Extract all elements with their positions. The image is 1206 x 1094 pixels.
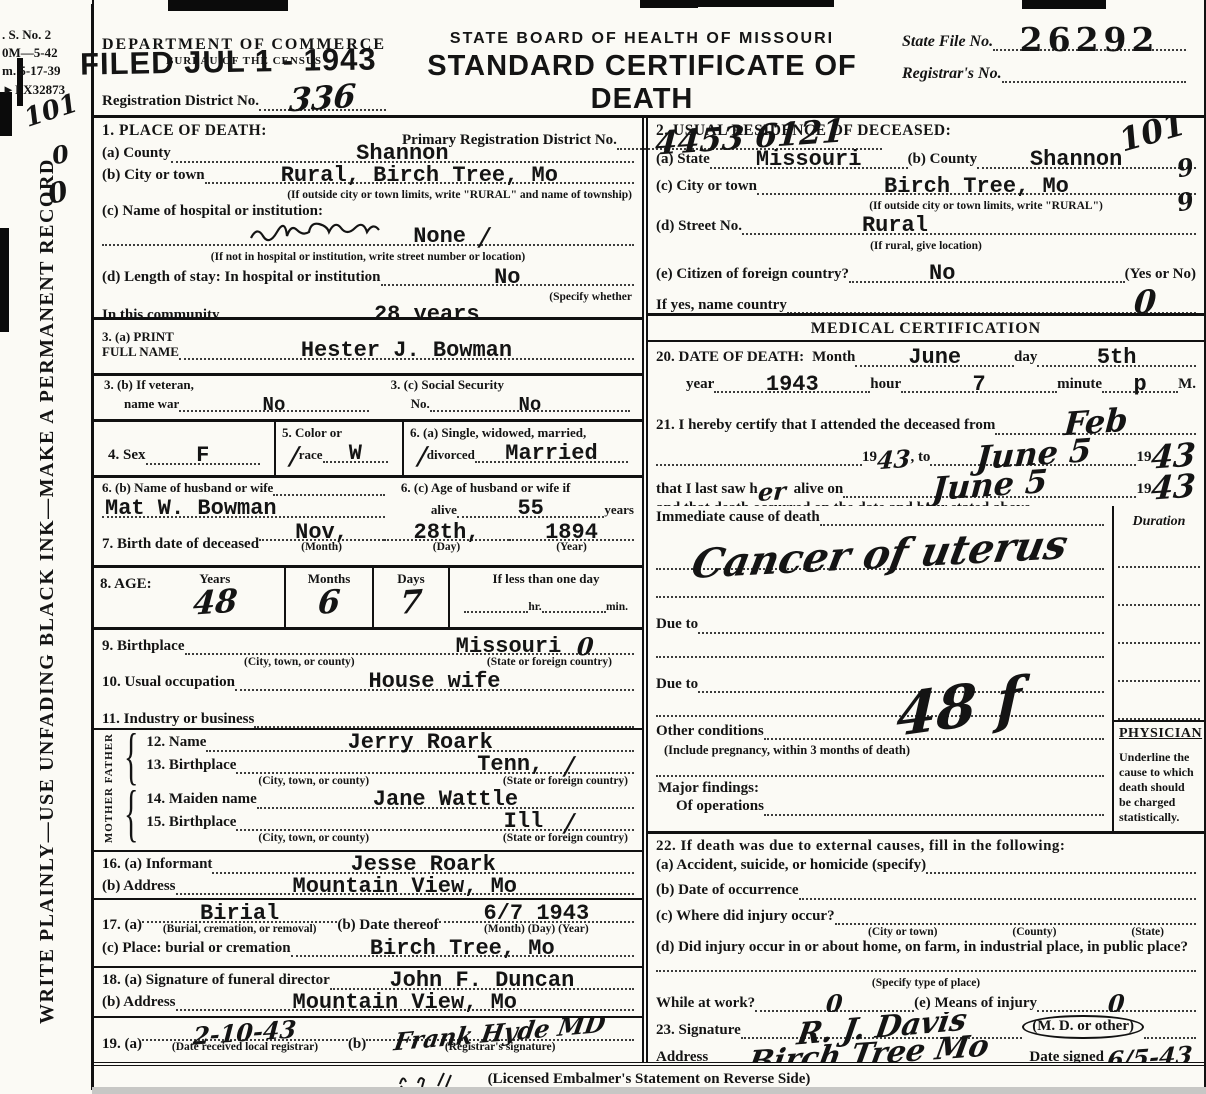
while-at-work-handwriting: 0 <box>826 993 844 1012</box>
form-header: DEPARTMENT OF COMMERCE BUREAU OF THE CEN… <box>94 0 1204 118</box>
full-name-value: Hester J. Bowman <box>301 342 512 361</box>
street-no-label: (d) Street No. <box>656 218 742 235</box>
father-birthplace-label: 13. Birthplace <box>146 757 236 774</box>
section-sex-color-marital: 4. Sex F 5. Color or / race W 6. (a) Sin… <box>94 422 642 478</box>
cause-of-death-handwriting: Cancer of uterus <box>690 529 1071 581</box>
section-funeral-director: 18. (a) Signature of funeral director Jo… <box>94 968 642 1018</box>
alive-on-label: alive on <box>794 481 844 498</box>
mother-bp-note-city: (City, town, or county) <box>258 832 369 844</box>
residence-margin-mark: 9 <box>1176 191 1196 213</box>
mother-birthplace-label: 15. Birthplace <box>146 814 236 831</box>
form-number-line: 0M—5-42 <box>2 44 86 62</box>
day-label: day <box>1014 349 1037 366</box>
marital-value: Married <box>505 445 597 464</box>
burial-place-value: Birch Tree, Mo <box>370 940 555 959</box>
mother-group: MOTHER { 14. Maiden name Jane Wattle 15.… <box>94 787 642 844</box>
registrar-b-label: (b) <box>348 1036 366 1053</box>
year-prefix: 19 <box>1136 449 1151 466</box>
divorced-label: divorced <box>427 448 475 463</box>
father-name-value: Jerry Roark <box>348 734 493 753</box>
header-center: STATE BOARD OF HEALTH OF MISSOURI STANDA… <box>394 0 890 115</box>
ssn-value: No <box>519 397 542 413</box>
color-slash-mark: / <box>289 446 299 466</box>
duration-line <box>1118 530 1200 568</box>
ssn-no-label: No. <box>411 397 430 412</box>
section-registrar-receipt: 19. (a) 2-10-43 (Date received local reg… <box>94 1018 642 1062</box>
section-disposition: 17. (a) Birial (Burial, cremation, or re… <box>94 900 642 968</box>
occupation-value: House wife <box>368 673 500 692</box>
injury-state-note: (State) <box>1131 926 1164 938</box>
father-name-label: 12. Name <box>146 734 206 751</box>
duration-line <box>1118 568 1200 606</box>
other-conditions-note: (Include pregnancy, within 3 months of d… <box>664 743 910 757</box>
duration-heading: Duration <box>1114 506 1204 530</box>
city-note: (If outside city or town limits, write "… <box>287 189 632 201</box>
race-label: race <box>299 448 323 463</box>
death-certificate-document: . S. No. 2 0M—5-42 m. 5-17-39 ►I X32873 … <box>0 0 1206 1094</box>
form-number-line: m. 5-17-39 <box>2 62 86 80</box>
year3-handwriting: 43 <box>1151 474 1197 503</box>
left-column: 1. PLACE OF DEATH: (a) County Shannon (b… <box>94 118 644 1062</box>
marital-slash-mark: / <box>417 446 427 466</box>
full-name-label: FULL NAME <box>102 345 179 360</box>
section-place-of-death: 1. PLACE OF DEATH: (a) County Shannon (b… <box>94 118 642 320</box>
other-conditions-label: Other conditions <box>656 723 764 740</box>
section-residence: 101 9 9 2. USUAL RESIDENCE OF DECEASED: … <box>648 118 1204 316</box>
funeral-director-address-label: (b) Address <box>102 994 176 1011</box>
street-no-value: Rural <box>862 217 928 236</box>
birth-day-value: 28th, <box>414 524 480 543</box>
birthplace-handwritten-zero: 0 <box>577 636 595 656</box>
veteran-label: 3. (b) If veteran, <box>104 378 377 393</box>
burial-place-label: (c) Place: burial or cremation <box>102 940 291 957</box>
citizen-label: (e) Citizen of foreign country? <box>656 266 849 283</box>
informant-address-value: Mountain View, Mo <box>293 878 517 897</box>
hr-label: hr. <box>528 601 541 613</box>
sex-value: F <box>196 447 209 466</box>
citizen-note: (Yes or No) <box>1125 266 1196 283</box>
county-label: (a) County <box>102 145 171 162</box>
illegible-handwriting-scrawl <box>247 222 397 244</box>
left-margin: . S. No. 2 0M—5-42 m. 5-17-39 ►I X32873 … <box>0 0 86 1094</box>
father-side-label: FATHER <box>103 733 115 783</box>
informant-label: 16. (a) Informant <box>102 856 212 873</box>
scan-edge-strip <box>92 1087 1206 1094</box>
date-signed-label: Date signed <box>1029 1049 1104 1062</box>
injury-city-note: (City or town) <box>868 926 937 938</box>
age-label: 8. AGE: <box>100 576 152 623</box>
section-age: 8. AGE: Years 48 Months 6 Days 7 <box>94 568 642 630</box>
while-at-work-label: While at work? <box>656 995 755 1012</box>
informant-value: Jesse Roark <box>351 856 496 875</box>
physician-note-box: PHYSICIAN Underline the cause to which d… <box>1114 720 1204 831</box>
registration-district-label: Registration District No. <box>102 93 259 110</box>
page-title: STANDARD CERTIFICATE OF DEATH <box>394 50 890 116</box>
section-medical-heading: MEDICAL CERTIFICATION <box>648 316 1204 342</box>
external-causes-heading: 22. If death was due to external causes,… <box>656 838 1196 855</box>
residence-state-value: Missouri <box>756 151 862 170</box>
year-prefix: 19 <box>1136 481 1151 498</box>
section-certification: 21. I hereby certify that I attended the… <box>648 406 1204 506</box>
residence-state-label: (a) State <box>656 151 710 168</box>
stay-note: (Specify whether <box>549 291 632 303</box>
mother-name-label: 14. Maiden name <box>146 791 256 808</box>
section-spouse-birthdate: 6. (b) Name of husband or wife Mat W. Bo… <box>94 478 642 568</box>
duration-line <box>1118 606 1200 644</box>
last-saw-date-handwriting: June 5 <box>931 469 1048 503</box>
section-parents: FATHER { 12. Name Jerry Roark 13. Birthp… <box>94 730 642 852</box>
month-label: Month <box>812 349 855 366</box>
registration-district-value: 336 <box>288 84 356 114</box>
m-label: M. <box>1178 376 1196 393</box>
years-suffix-label: years <box>604 503 634 518</box>
mother-side-label: MOTHER <box>103 787 115 843</box>
city-value: Rural, Birch Tree, Mo <box>281 167 558 186</box>
residence-county-value: Shannon <box>1030 151 1122 170</box>
father-group: FATHER { 12. Name Jerry Roark 13. Birthp… <box>94 730 642 787</box>
city-label: (b) City or town <box>102 167 205 184</box>
stay-label: (d) Length of stay: In hospital or insti… <box>102 269 381 286</box>
name-war-label: name war <box>124 397 179 412</box>
funeral-director-address-value: Mountain View, Mo <box>293 994 517 1013</box>
right-column: 101 9 9 2. USUAL RESIDENCE OF DECEASED: … <box>646 118 1204 1062</box>
due-to-label: Due to <box>656 676 698 693</box>
street-note: (If rural, give location) <box>870 240 982 252</box>
residence-county-label: (b) County <box>908 151 978 168</box>
hospital-label: (c) Name of hospital or institution: <box>102 203 323 220</box>
minute-label: minute <box>1057 376 1102 393</box>
print-label: 3. (a) PRINT <box>102 330 174 345</box>
age-days-value: 7 <box>399 589 423 616</box>
duration-line <box>1118 682 1200 720</box>
marital-label: 6. (a) Single, widowed, married, <box>410 426 636 441</box>
mother-birthplace-slash: / <box>565 812 575 832</box>
signature-label: 23. Signature <box>656 1022 741 1039</box>
birth-date-label: 7. Birth date of deceased <box>102 536 259 553</box>
md-or-other-label: (M. D. or other) <box>1022 1015 1144 1039</box>
less-than-day-head: If less than one day <box>456 572 636 587</box>
place-of-death-heading: 1. PLACE OF DEATH: <box>102 122 634 140</box>
section-cause-of-death: Immediate cause of death Cancer of uteru… <box>648 506 1204 834</box>
board-title: STATE BOARD OF HEALTH OF MISSOURI <box>394 30 890 48</box>
date-signed-handwriting: 6/5-43 <box>1107 1045 1194 1062</box>
medical-certification-heading: MEDICAL CERTIFICATION <box>648 316 1204 338</box>
injury-place-label: (d) Did injury occur in or about home, o… <box>656 939 1188 955</box>
physician-note: Underline the cause to which death shoul… <box>1119 750 1199 825</box>
year-label: year <box>686 376 714 393</box>
mother-brace: { <box>124 784 138 847</box>
means-of-injury-handwriting: 0 <box>1108 993 1126 1012</box>
injury-where-label: (c) Where did injury occur? <box>656 908 835 925</box>
form-body: 1. PLACE OF DEATH: (a) County Shannon (b… <box>94 118 1204 1062</box>
father-birthplace-value: Tenn, <box>477 756 543 775</box>
hour-label: hour <box>870 376 901 393</box>
sex-label: 4. Sex <box>108 447 146 464</box>
physician-heading: PHYSICIAN <box>1119 726 1199 742</box>
section-full-name: 3. (a) PRINT FULL NAME Hester J. Bowman <box>94 320 642 376</box>
name-country-handwriting: 0 <box>1133 289 1157 316</box>
birth-year-value: 1894 <box>545 524 598 543</box>
funeral-director-value: John F. Duncan <box>389 972 574 991</box>
community-value: 28 years <box>374 306 480 320</box>
birthplace-label: 9. Birthplace <box>102 638 185 655</box>
year-prefix: 19 <box>862 449 877 466</box>
husband-value: Mat W. Bowman <box>105 500 277 519</box>
section-physician-signature: 23. Signature R. J. Davis (M. D. or othe… <box>648 1012 1204 1062</box>
accident-label: (a) Accident, suicide, or homicide (spec… <box>656 857 926 874</box>
hospital-slash-mark: / <box>479 227 489 247</box>
form-number-block: . S. No. 2 0M—5-42 m. 5-17-39 ►I X32873 <box>2 26 86 99</box>
husband-label: 6. (b) Name of husband or wife <box>102 481 273 496</box>
color-race-label: 5. Color or <box>282 426 396 441</box>
disposition-type-value: Birial <box>200 905 279 924</box>
major-findings-label: Major findings: <box>658 780 759 796</box>
signature-address-label: Address <box>656 1049 708 1062</box>
father-bp-note-city: (City, town, or county) <box>258 775 369 787</box>
min-label: min. <box>606 601 628 613</box>
age-months-value: 6 <box>317 589 341 616</box>
date-thereof-value: 6/7 1943 <box>484 905 590 924</box>
spouse-age-label: 6. (c) Age of husband or wife if <box>401 481 634 496</box>
name-country-label: If yes, name country <box>656 297 787 314</box>
date-received-value: 2-10-43 <box>193 1019 298 1046</box>
hospital-note: (If not in hospital or institution, writ… <box>211 251 525 263</box>
alive-label: alive <box>431 503 457 518</box>
birthplace-note-city: (City, town, or county) <box>244 656 355 668</box>
death-day-value: 5th <box>1097 349 1137 368</box>
residence-city-label: (c) City or town <box>656 178 757 195</box>
mother-birthplace-value: Ill <box>504 813 544 832</box>
residence-city-value: Birch Tree, Mo <box>884 178 1069 197</box>
duration-column: Duration PHYSICIAN Underline the cause t… <box>1112 506 1204 831</box>
header-left: DEPARTMENT OF COMMERCE BUREAU OF THE CEN… <box>94 0 394 115</box>
death-month-value: June <box>908 349 961 368</box>
to-label: , to <box>910 449 930 466</box>
embalmer-statement-note: (Licensed Embalmer's Statement on Revers… <box>488 1071 811 1087</box>
death-ampm-value: p <box>1133 376 1146 395</box>
certify-line1: 21. I hereby certify that I attended the… <box>656 417 995 434</box>
place-type-note: (Specify type of place) <box>872 977 980 989</box>
registrar-signature: Frank Hyde MD <box>393 1018 607 1052</box>
cause-fields: Immediate cause of death Cancer of uteru… <box>648 506 1112 831</box>
county-value: Shannon <box>356 145 448 164</box>
race-value: W <box>349 445 362 464</box>
funeral-director-label: 18. (a) Signature of funeral director <box>102 972 330 989</box>
mother-name-value: Jane Wattle <box>373 791 518 810</box>
duration-line <box>1118 644 1200 682</box>
community-label: In this community <box>102 307 220 320</box>
state-file-number: 26292 <box>1020 27 1160 53</box>
ssn-label: 3. (c) Social Security <box>391 378 638 393</box>
industry-label: 11. Industry or business <box>102 711 254 728</box>
last-saw-prefix: that I last saw h <box>656 481 758 498</box>
veteran-value: No <box>263 397 286 413</box>
of-operations-label: Of operations <box>676 798 764 815</box>
filed-date-stamp: FILED JUL 1 - 1943 <box>80 41 377 82</box>
section-informant: 16. (a) Informant Jesse Roark (b) Addres… <box>94 852 642 900</box>
death-year-value: 1943 <box>766 376 819 395</box>
birth-month-value: Nov, <box>295 524 348 543</box>
margin-vertical-instruction: WRITE PLAINLY—USE UNFADING BLACK INK—MAK… <box>36 336 59 1024</box>
occupation-label: 10. Usual occupation <box>102 674 235 691</box>
certificate-form: DEPARTMENT OF COMMERCE BUREAU OF THE CEN… <box>92 0 1206 1094</box>
death-hour-value: 7 <box>973 376 986 395</box>
registrar-a-label: 19. (a) <box>102 1036 142 1053</box>
date-of-death-label: 20. DATE OF DEATH: <box>656 349 804 366</box>
hospital-value: None <box>413 228 466 247</box>
section-veteran-ssn: 3. (b) If veteran, name war No 3. (c) So… <box>94 376 642 422</box>
header-right: State File No. 26292 Registrar's No. <box>890 0 1204 115</box>
spouse-age-value: 55 <box>517 500 543 519</box>
age-years-value: 48 <box>192 588 238 617</box>
date-thereof-label: (b) Date thereof <box>337 917 438 934</box>
section-external-causes: 22. If death was due to external causes,… <box>648 834 1204 1012</box>
due-to-label: Due to <box>656 616 698 633</box>
stay-value: No <box>494 269 520 288</box>
occurrence-date-label: (b) Date of occurrence <box>656 882 799 899</box>
registrar-no-label: Registrar's No. <box>902 65 1002 83</box>
section-date-of-death: 20. DATE OF DEATH: Month June day 5th ye… <box>648 342 1204 406</box>
other-conditions-handwriting: 48 f <box>896 675 1022 740</box>
residence-city-note: (If outside city or town limits, write "… <box>869 200 1103 212</box>
father-birthplace-slash: / <box>565 755 575 775</box>
residence-margin-mark: 9 <box>1176 157 1196 179</box>
her-handwriting: er <box>757 481 786 502</box>
citizen-value: No <box>929 265 955 284</box>
birthplace-value: Missouri <box>456 638 562 657</box>
section-birthplace-occupation: 9. Birthplace Missouri 0 (City, town, or… <box>94 630 642 730</box>
year1-handwriting: 43 <box>876 449 911 471</box>
means-of-injury-label: (e) Means of injury <box>914 995 1037 1012</box>
injury-county-note: (County) <box>1012 926 1056 938</box>
informant-address-label: (b) Address <box>102 878 176 895</box>
immediate-cause-label: Immediate cause of death <box>656 509 820 526</box>
form-number-line: . S. No. 2 <box>2 26 86 44</box>
disposition-a-label: 17. (a) <box>102 917 142 934</box>
state-file-label: State File No. <box>902 33 993 51</box>
